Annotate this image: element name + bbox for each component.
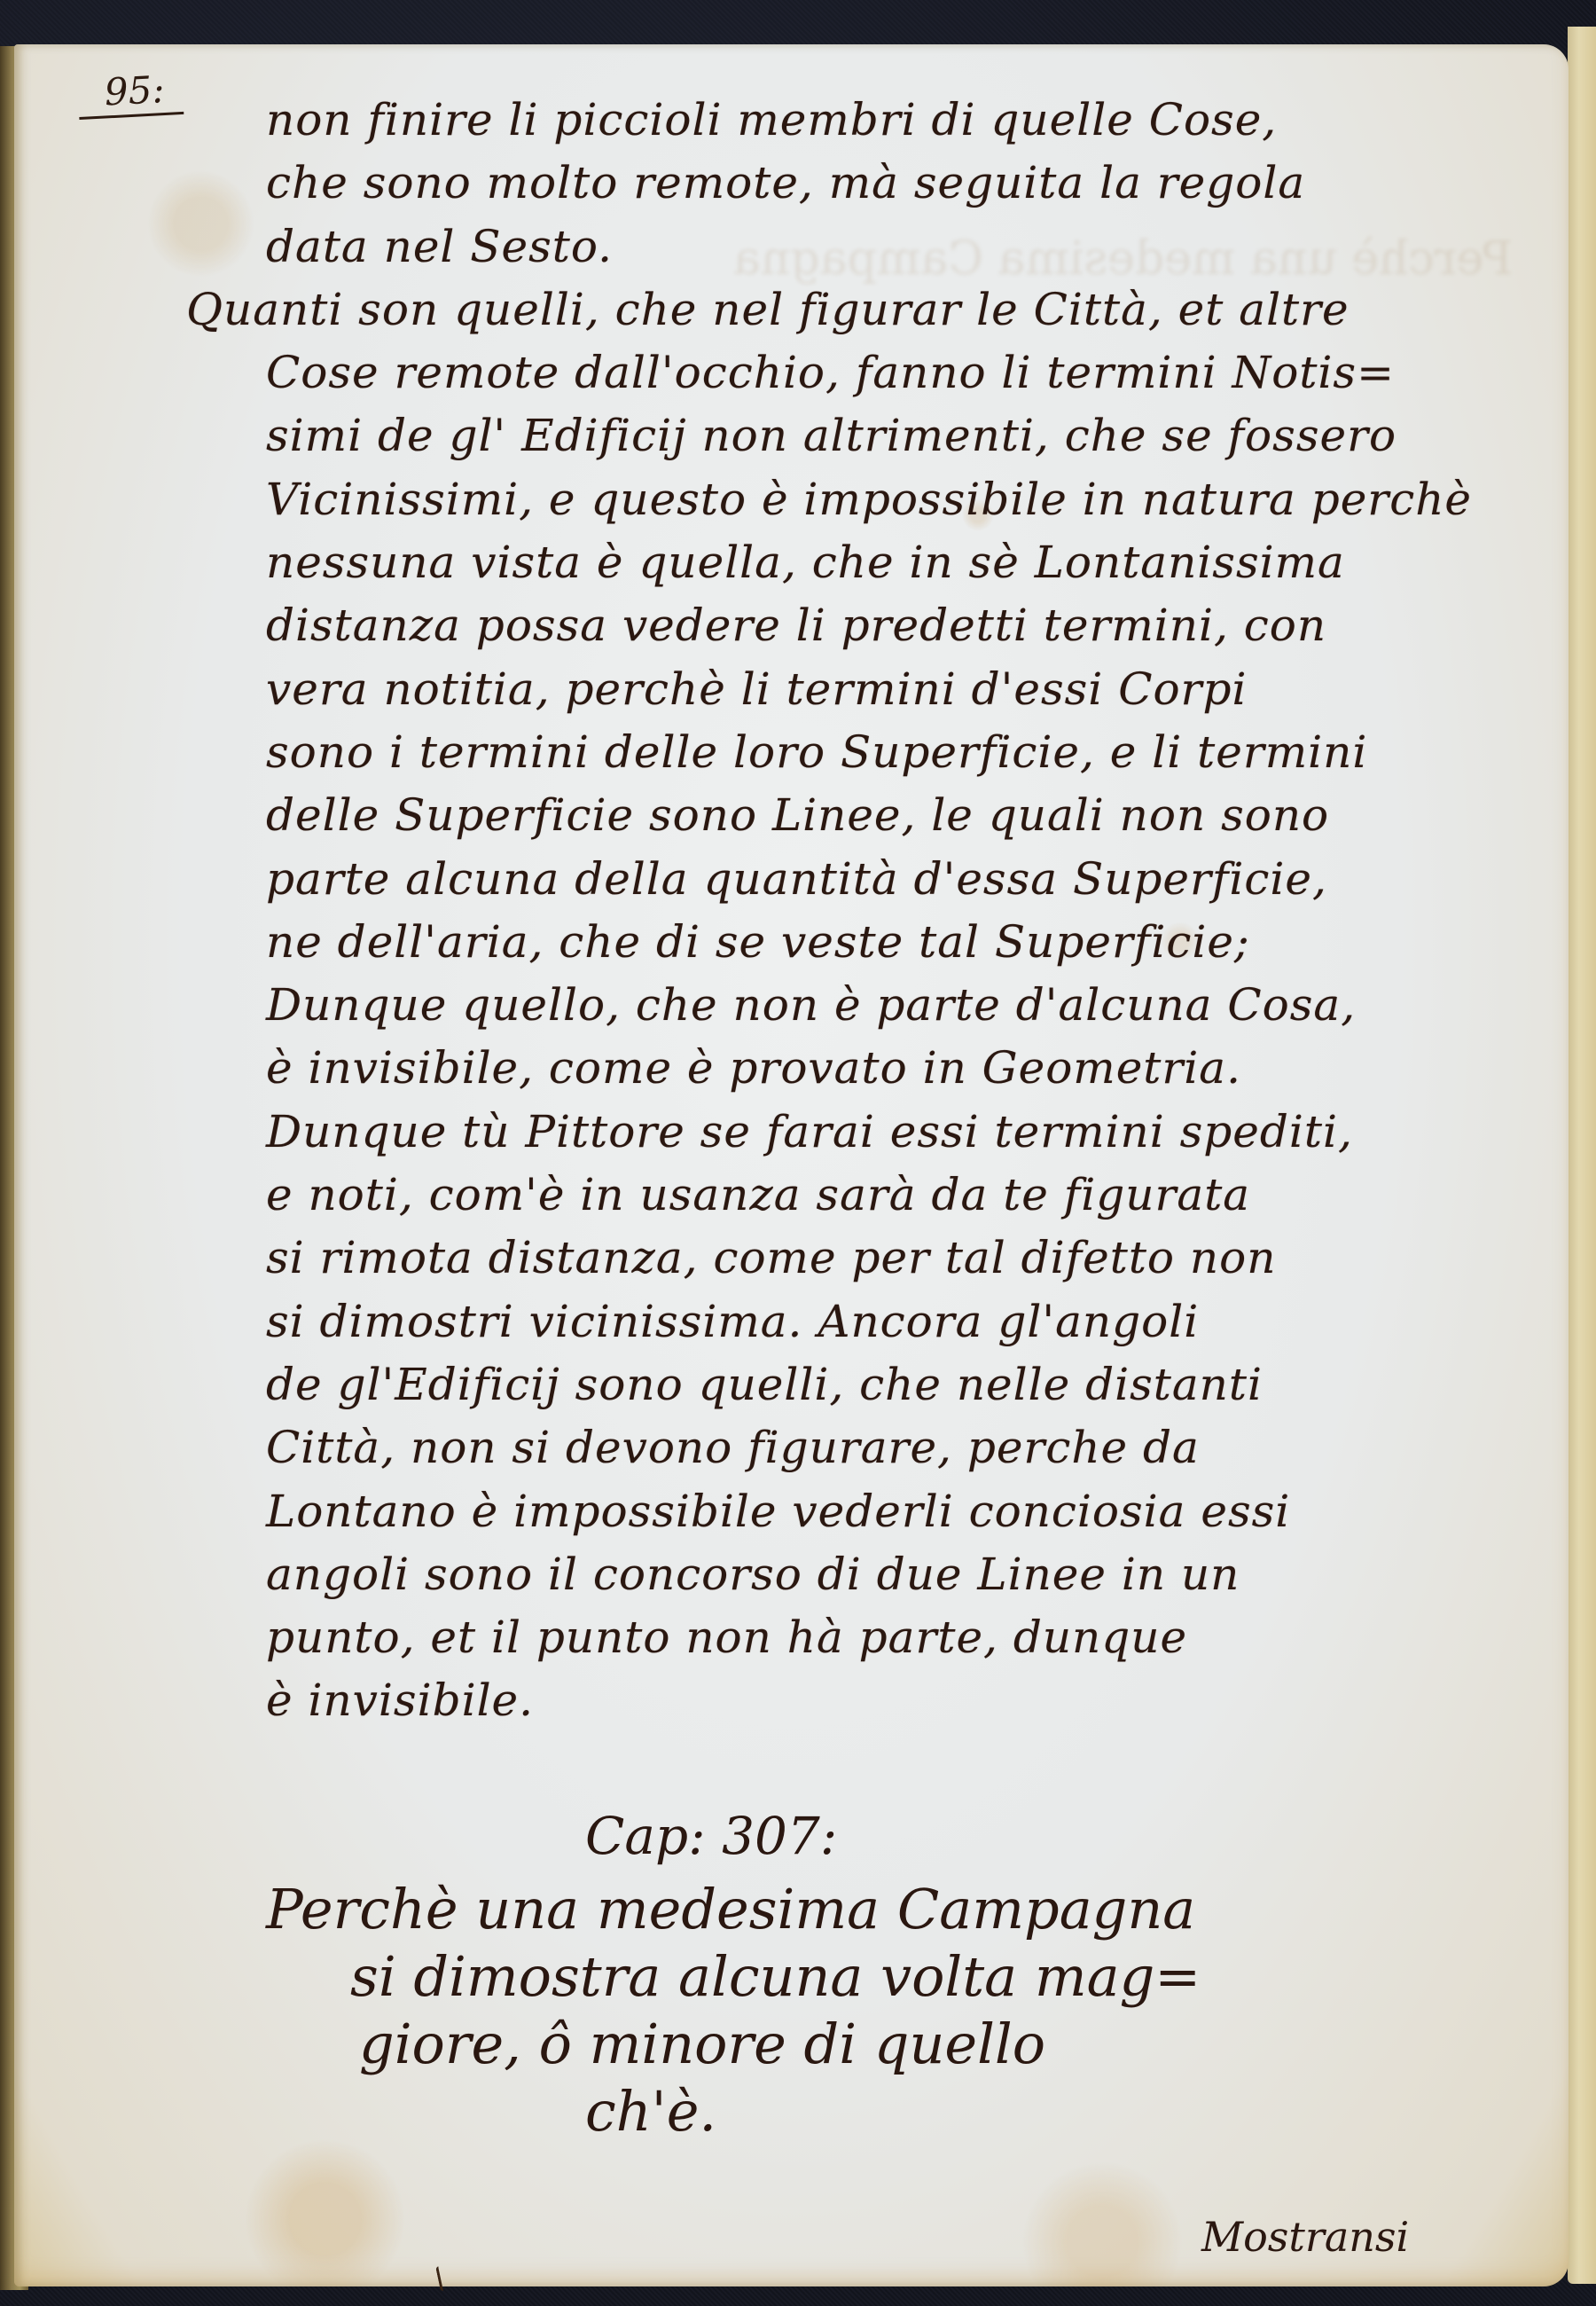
text-line: Vicinissimi, e questo è impossibile in n… [186, 468, 1490, 531]
chapter-title-line: giore, ô minore di quello [266, 2011, 1419, 2078]
text-line: si rimota distanza, come per tal difetto… [186, 1227, 1490, 1290]
chapter-heading: Cap: 307: Perchè una medesima Campagna s… [266, 1796, 1419, 2145]
text-line: simi de gl' Edificij non altrimenti, che… [186, 404, 1490, 467]
chapter-number: Cap: 307: [266, 1796, 1419, 1876]
next-page-edge [1568, 27, 1596, 2284]
text-line: si dimostri vicinissima. Ancora gl'angol… [186, 1290, 1490, 1353]
catchword: Mostransi [1201, 2213, 1409, 2261]
text-line: non finire li piccioli membri di quelle … [186, 89, 1490, 152]
text-line: nessuna vista è quella, che in sè Lontan… [186, 531, 1490, 594]
text-line: Cose remote dall'occhio, fanno li termin… [186, 341, 1490, 404]
text-line: parte alcuna della quantità d'essa Super… [186, 848, 1490, 911]
text-line: vera notitia, perchè li termini d'essi C… [186, 658, 1490, 721]
text-line: Lontano è impossibile vederli conciosia … [186, 1480, 1490, 1543]
text-line: Dunque quello, che non è parte d'alcuna … [186, 974, 1490, 1037]
text-line: Città, non si devono figurare, perche da [186, 1416, 1490, 1479]
text-line: sono i termini delle loro Superficie, e … [186, 721, 1490, 784]
text-line: che sono molto remote, mà seguita la reg… [186, 152, 1490, 215]
text-line: ne dell'aria, che di se veste tal Superf… [186, 911, 1490, 974]
chapter-title-line: si dimostra alcuna volta mag= [266, 1943, 1419, 2011]
text-line: Dunque tù Pittore se farai essi termini … [186, 1101, 1490, 1164]
text-line: e noti, com'è in usanza sarà da te figur… [186, 1164, 1490, 1227]
text-line: data nel Sesto. [186, 216, 1490, 278]
folio-number: 95: [77, 67, 184, 120]
chapter-title: Perchè una medesima Campagna si dimostra… [266, 1876, 1419, 2145]
chapter-title-line: ch'è. [266, 2078, 1419, 2145]
paragraph-start-line: Quanti son quelli, che nel figurar le Ci… [186, 278, 1490, 341]
text-line: angoli sono il concorso di due Linee in … [186, 1543, 1490, 1606]
text-line: de gl'Edificij sono quelli, che nelle di… [186, 1353, 1490, 1416]
text-line: è invisibile, come è provato in Geometri… [186, 1037, 1490, 1100]
text-line: delle Superficie sono Linee, le quali no… [186, 784, 1490, 847]
text-line: punto, et il punto non hà parte, dunque [186, 1606, 1490, 1669]
chapter-title-line: Perchè una medesima Campagna [266, 1876, 1419, 1943]
text-line: è invisibile. [186, 1669, 1490, 1732]
body-text: non finire li piccioli membri di quelle … [186, 89, 1490, 1733]
text-line: distanza possa vedere li predetti termin… [186, 594, 1490, 657]
